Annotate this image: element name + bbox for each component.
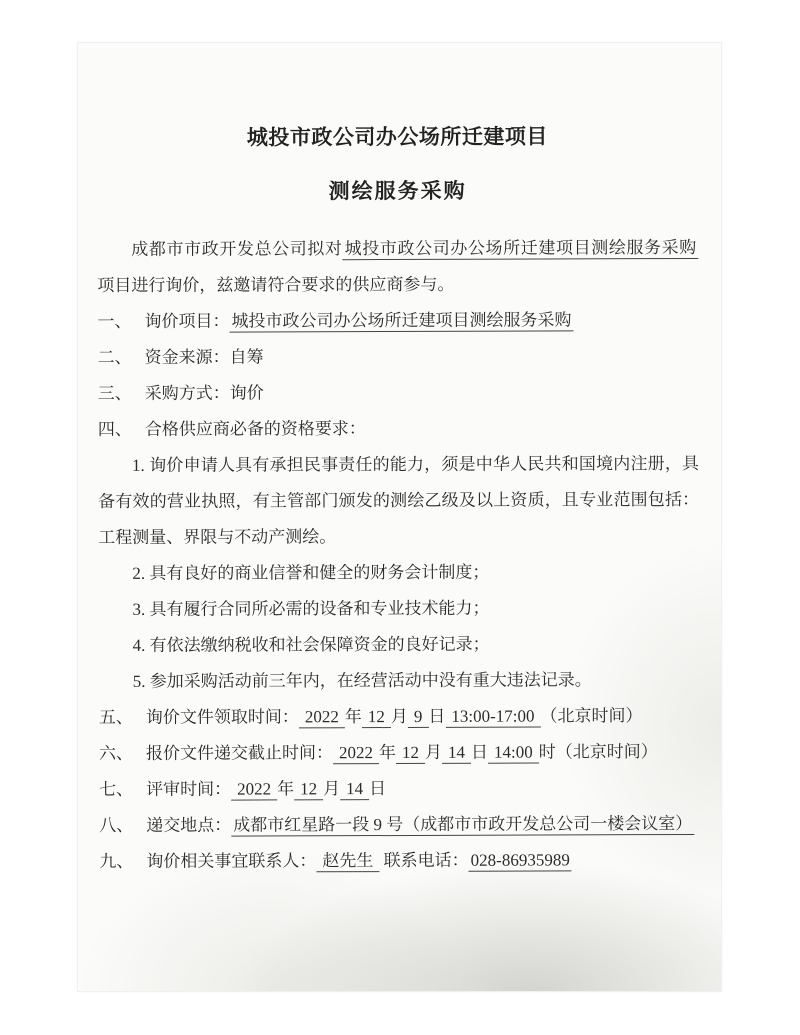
item-inquiry-project: 一、询价项目：城投市政公司办公场所迁建项目测绘服务采购	[97, 302, 698, 340]
review-month: 12	[294, 779, 323, 800]
item-label: 评审时间：	[146, 780, 231, 799]
item-procurement-method: 三、采购方式：询价	[98, 374, 699, 412]
qualification-1: 1. 询价申请人具有承担民事责任的能力，须是中华人民共和国境内注册，具备有效的营…	[98, 446, 699, 556]
timezone-note: （北京时间）	[556, 742, 658, 761]
month-unit: 月	[391, 707, 408, 726]
collection-day: 9	[408, 707, 429, 728]
document-title-line2: 测绘服务采购	[97, 179, 698, 205]
contact-phone-number: 028-86935989	[469, 850, 572, 871]
inquiry-project-value: 城投市政公司办公场所迁建项目测绘服务采购	[229, 310, 573, 332]
item-submission-address: 八、递交地点：成都市红星路一段 9 号（成都市市政开发总公司一楼会议室）	[99, 806, 700, 844]
phone-label: 联系电话：	[384, 851, 469, 870]
intro-project-name-underlined: 城投市政公司办公场所迁建项目测绘服务采购	[343, 238, 699, 260]
item-review-time: 七、评审时间：2022年12月14日	[99, 770, 700, 808]
document-title-line1: 城投市政公司办公场所迁建项目	[97, 125, 698, 151]
document-content: 城投市政公司办公场所迁建项目 测绘服务采购 成都市市政开发总公司拟对城投市政公司…	[97, 42, 701, 880]
item-number: 七、	[99, 772, 146, 808]
item-label: 资金来源：	[145, 348, 230, 367]
timezone-note: （北京时间）	[540, 706, 642, 725]
item-label: 合格供应商必备的资格要求：	[145, 419, 366, 439]
review-day: 14	[340, 779, 369, 800]
contact-person-name: 赵先生	[316, 851, 379, 872]
intro-tail: 项目进行询价，兹邀请符合要求的供应商参与。	[97, 275, 454, 295]
day-unit: 日	[471, 743, 488, 762]
item-number: 八、	[99, 808, 146, 844]
collection-time-range: 13:00-17:00	[445, 707, 540, 728]
qualification-2: 2. 具有良好的商业信誉和健全的财务会计制度；	[98, 554, 699, 592]
item-number: 九、	[99, 844, 146, 880]
funding-source-value: 自筹	[230, 347, 264, 366]
qualification-3: 3. 具有履行合同所必需的设备和专业技术能力；	[98, 590, 699, 628]
item-label: 报价文件递交截止时间：	[146, 743, 333, 763]
item-label: 询价文件领取时间：	[146, 707, 299, 727]
month-unit: 月	[323, 779, 340, 798]
time-unit: 时	[539, 742, 556, 761]
year-unit: 年	[379, 743, 396, 762]
day-unit: 日	[428, 707, 445, 726]
deadline-day: 14	[442, 743, 471, 764]
deadline-year: 2022	[333, 743, 379, 764]
item-document-collection-time: 五、询价文件领取时间：2022年12月9日13:00-17:00（北京时间）	[99, 698, 700, 736]
item-number: 四、	[98, 412, 145, 448]
intro-lead: 成都市市政开发总公司拟对	[131, 239, 342, 259]
item-number: 六、	[99, 736, 146, 772]
item-quotation-deadline: 六、报价文件递交截止时间：2022年12月14日14:00时（北京时间）	[99, 734, 700, 772]
collection-month: 12	[362, 707, 391, 728]
collection-year: 2022	[299, 707, 345, 728]
review-year: 2022	[231, 779, 277, 800]
qualification-4: 4. 有依法缴纳税收和社会保障资金的良好记录；	[99, 626, 700, 664]
item-label: 询价相关事宜联系人：	[146, 851, 316, 871]
day-unit: 日	[369, 779, 386, 798]
item-number: 五、	[99, 700, 146, 736]
item-label: 采购方式：	[145, 384, 230, 403]
deadline-month: 12	[396, 743, 425, 764]
item-number: 二、	[98, 340, 145, 376]
procurement-method-value: 询价	[230, 383, 264, 402]
item-funding-source: 二、资金来源：自筹	[98, 338, 699, 376]
intro-paragraph: 成都市市政开发总公司拟对城投市政公司办公场所迁建项目测绘服务采购 项目进行询价，…	[97, 230, 698, 304]
item-number: 三、	[98, 376, 145, 412]
item-contact-info: 九、询价相关事宜联系人：赵先生 联系电话：028-86935989	[99, 842, 700, 880]
item-number: 一、	[97, 304, 144, 340]
month-unit: 月	[425, 743, 442, 762]
item-label: 询价项目：	[144, 312, 229, 331]
item-supplier-qualifications: 四、合格供应商必备的资格要求：	[98, 410, 699, 448]
scanned-paper-page: 城投市政公司办公场所迁建项目 测绘服务采购 成都市市政开发总公司拟对城投市政公司…	[77, 42, 722, 992]
item-label: 递交地点：	[146, 816, 231, 835]
year-unit: 年	[345, 707, 362, 726]
year-unit: 年	[277, 779, 294, 798]
submission-address-value: 成都市红星路一段 9 号（成都市市政开发总公司一楼会议室）	[231, 814, 694, 837]
deadline-time: 14:00	[488, 743, 539, 764]
qualification-5: 5. 参加采购活动前三年内，在经营活动中没有重大违法记录。	[99, 662, 700, 700]
